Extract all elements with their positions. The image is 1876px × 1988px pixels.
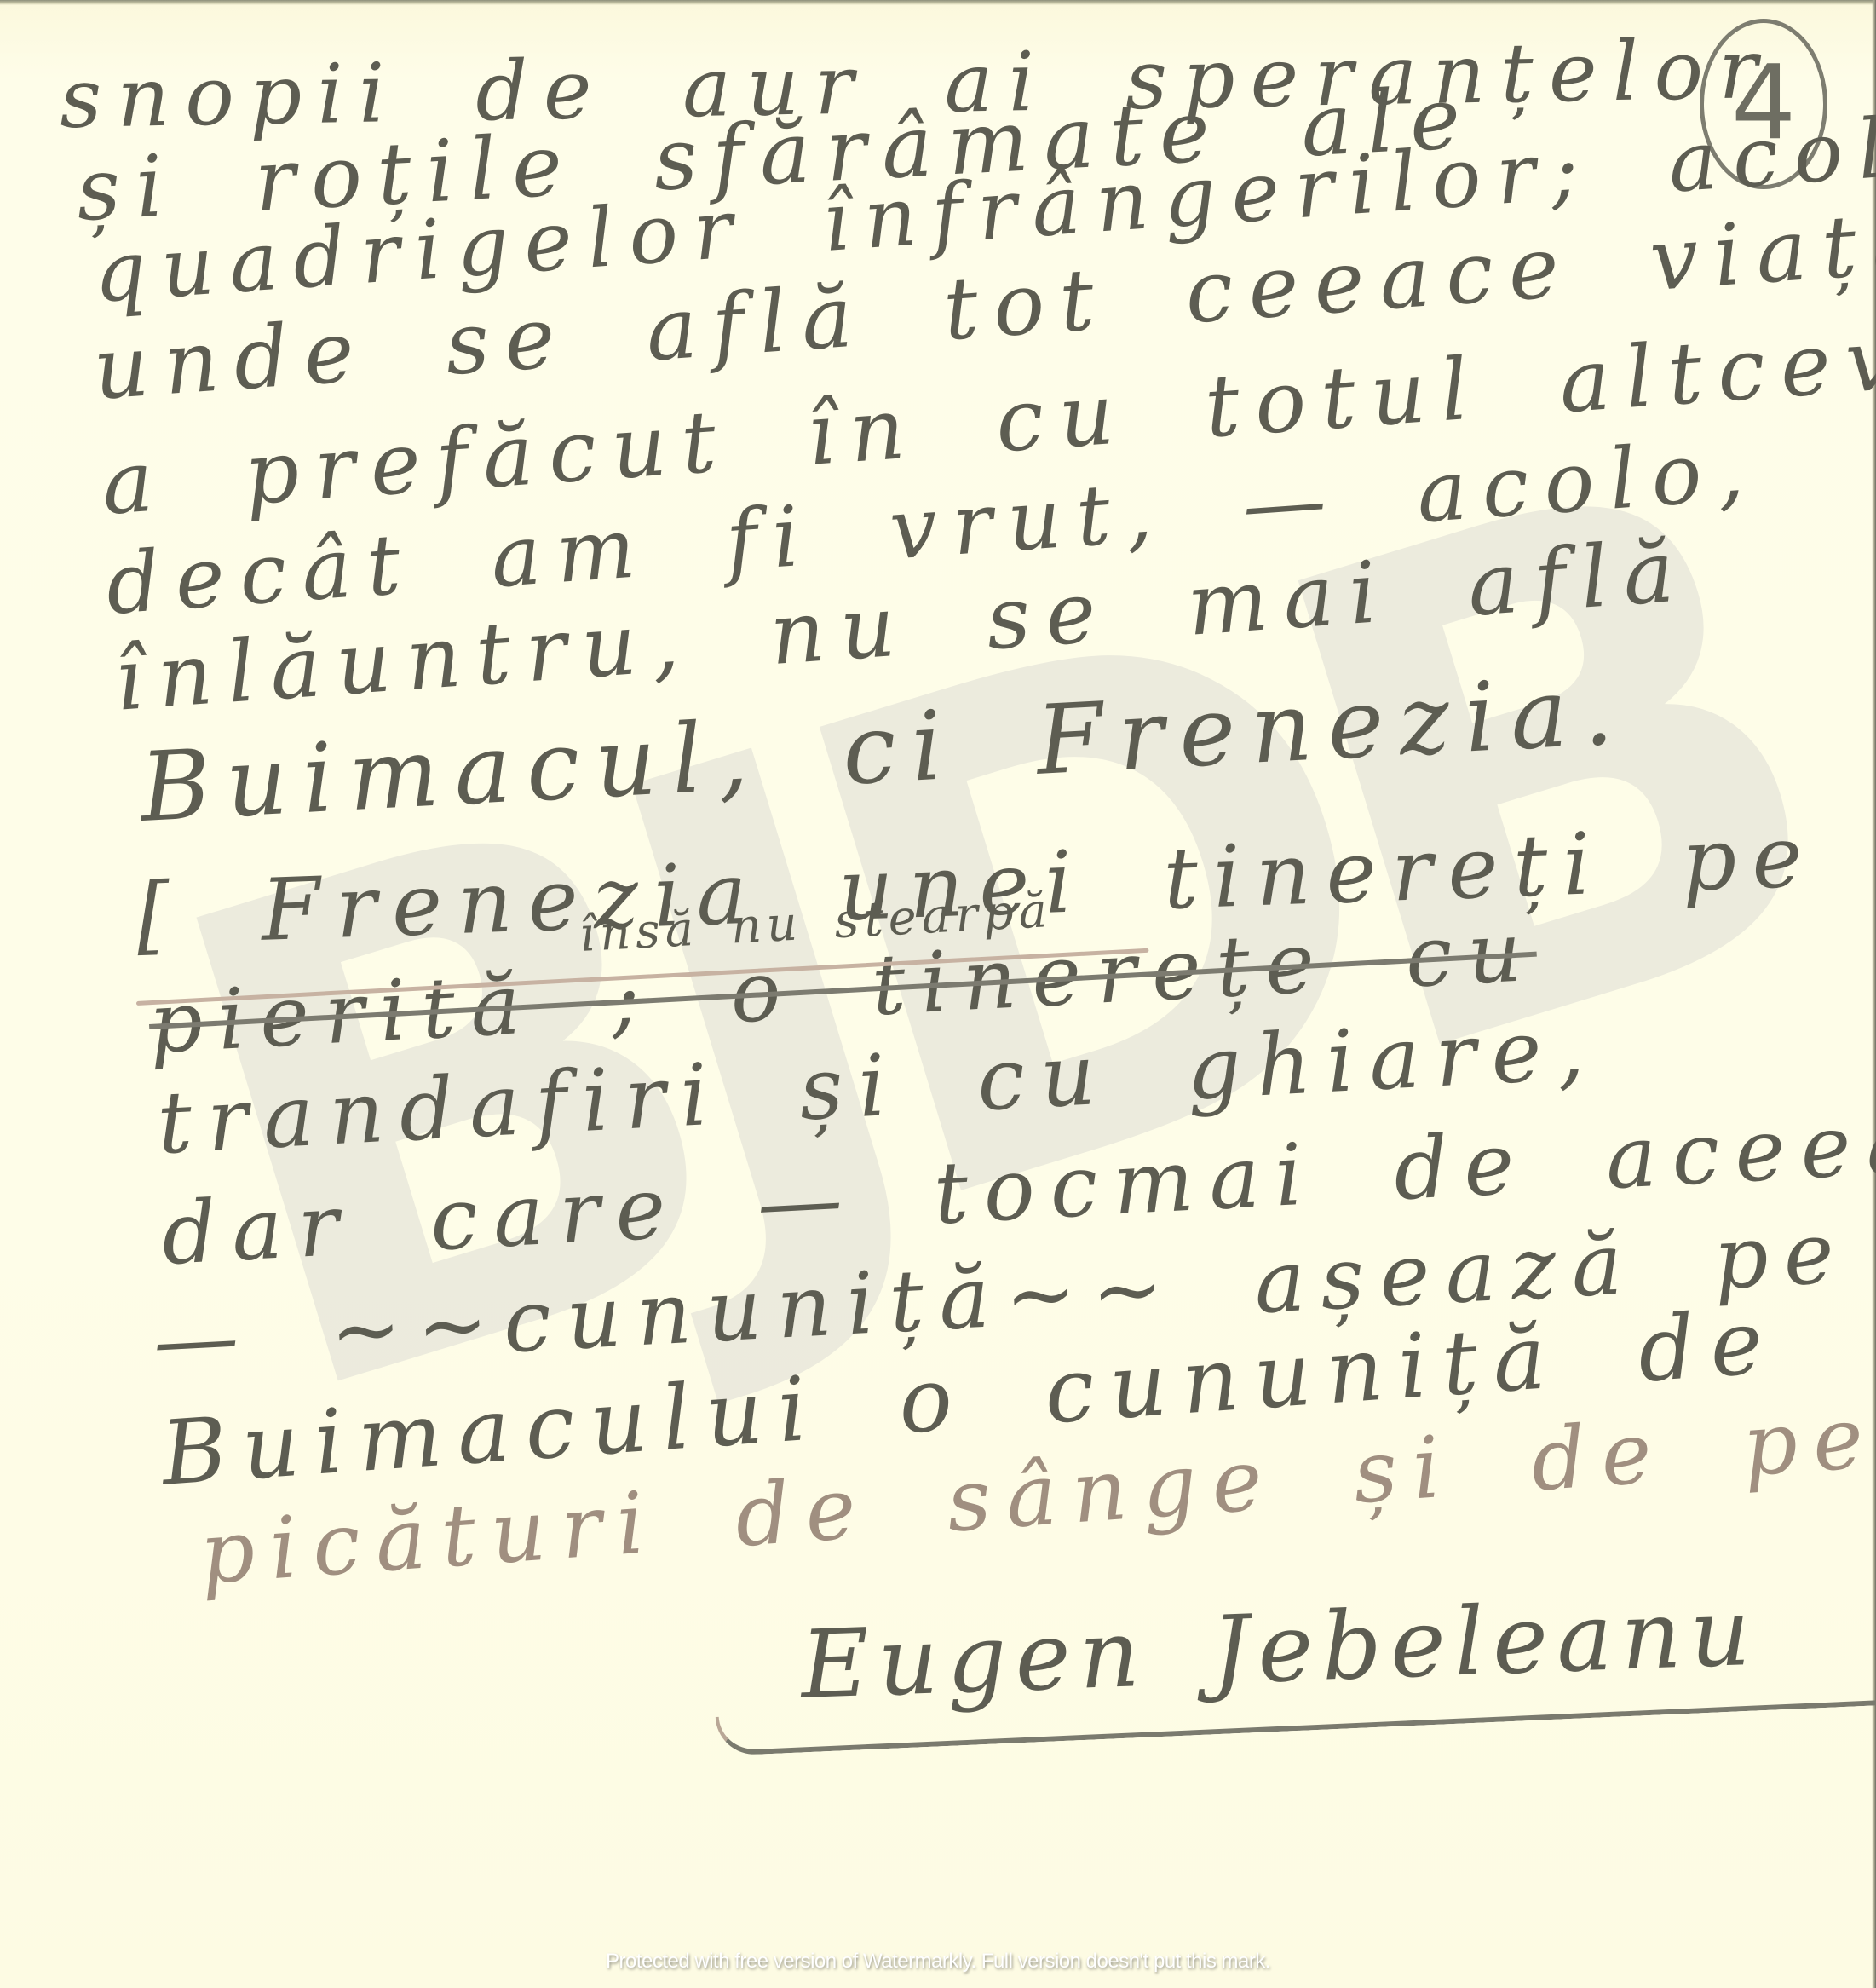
manuscript-page: BJDB 4 snopii de aur ai speranțelor și r…	[0, 0, 1876, 1988]
watermarkly-notice: Protected with free version of Watermark…	[0, 1950, 1876, 1974]
